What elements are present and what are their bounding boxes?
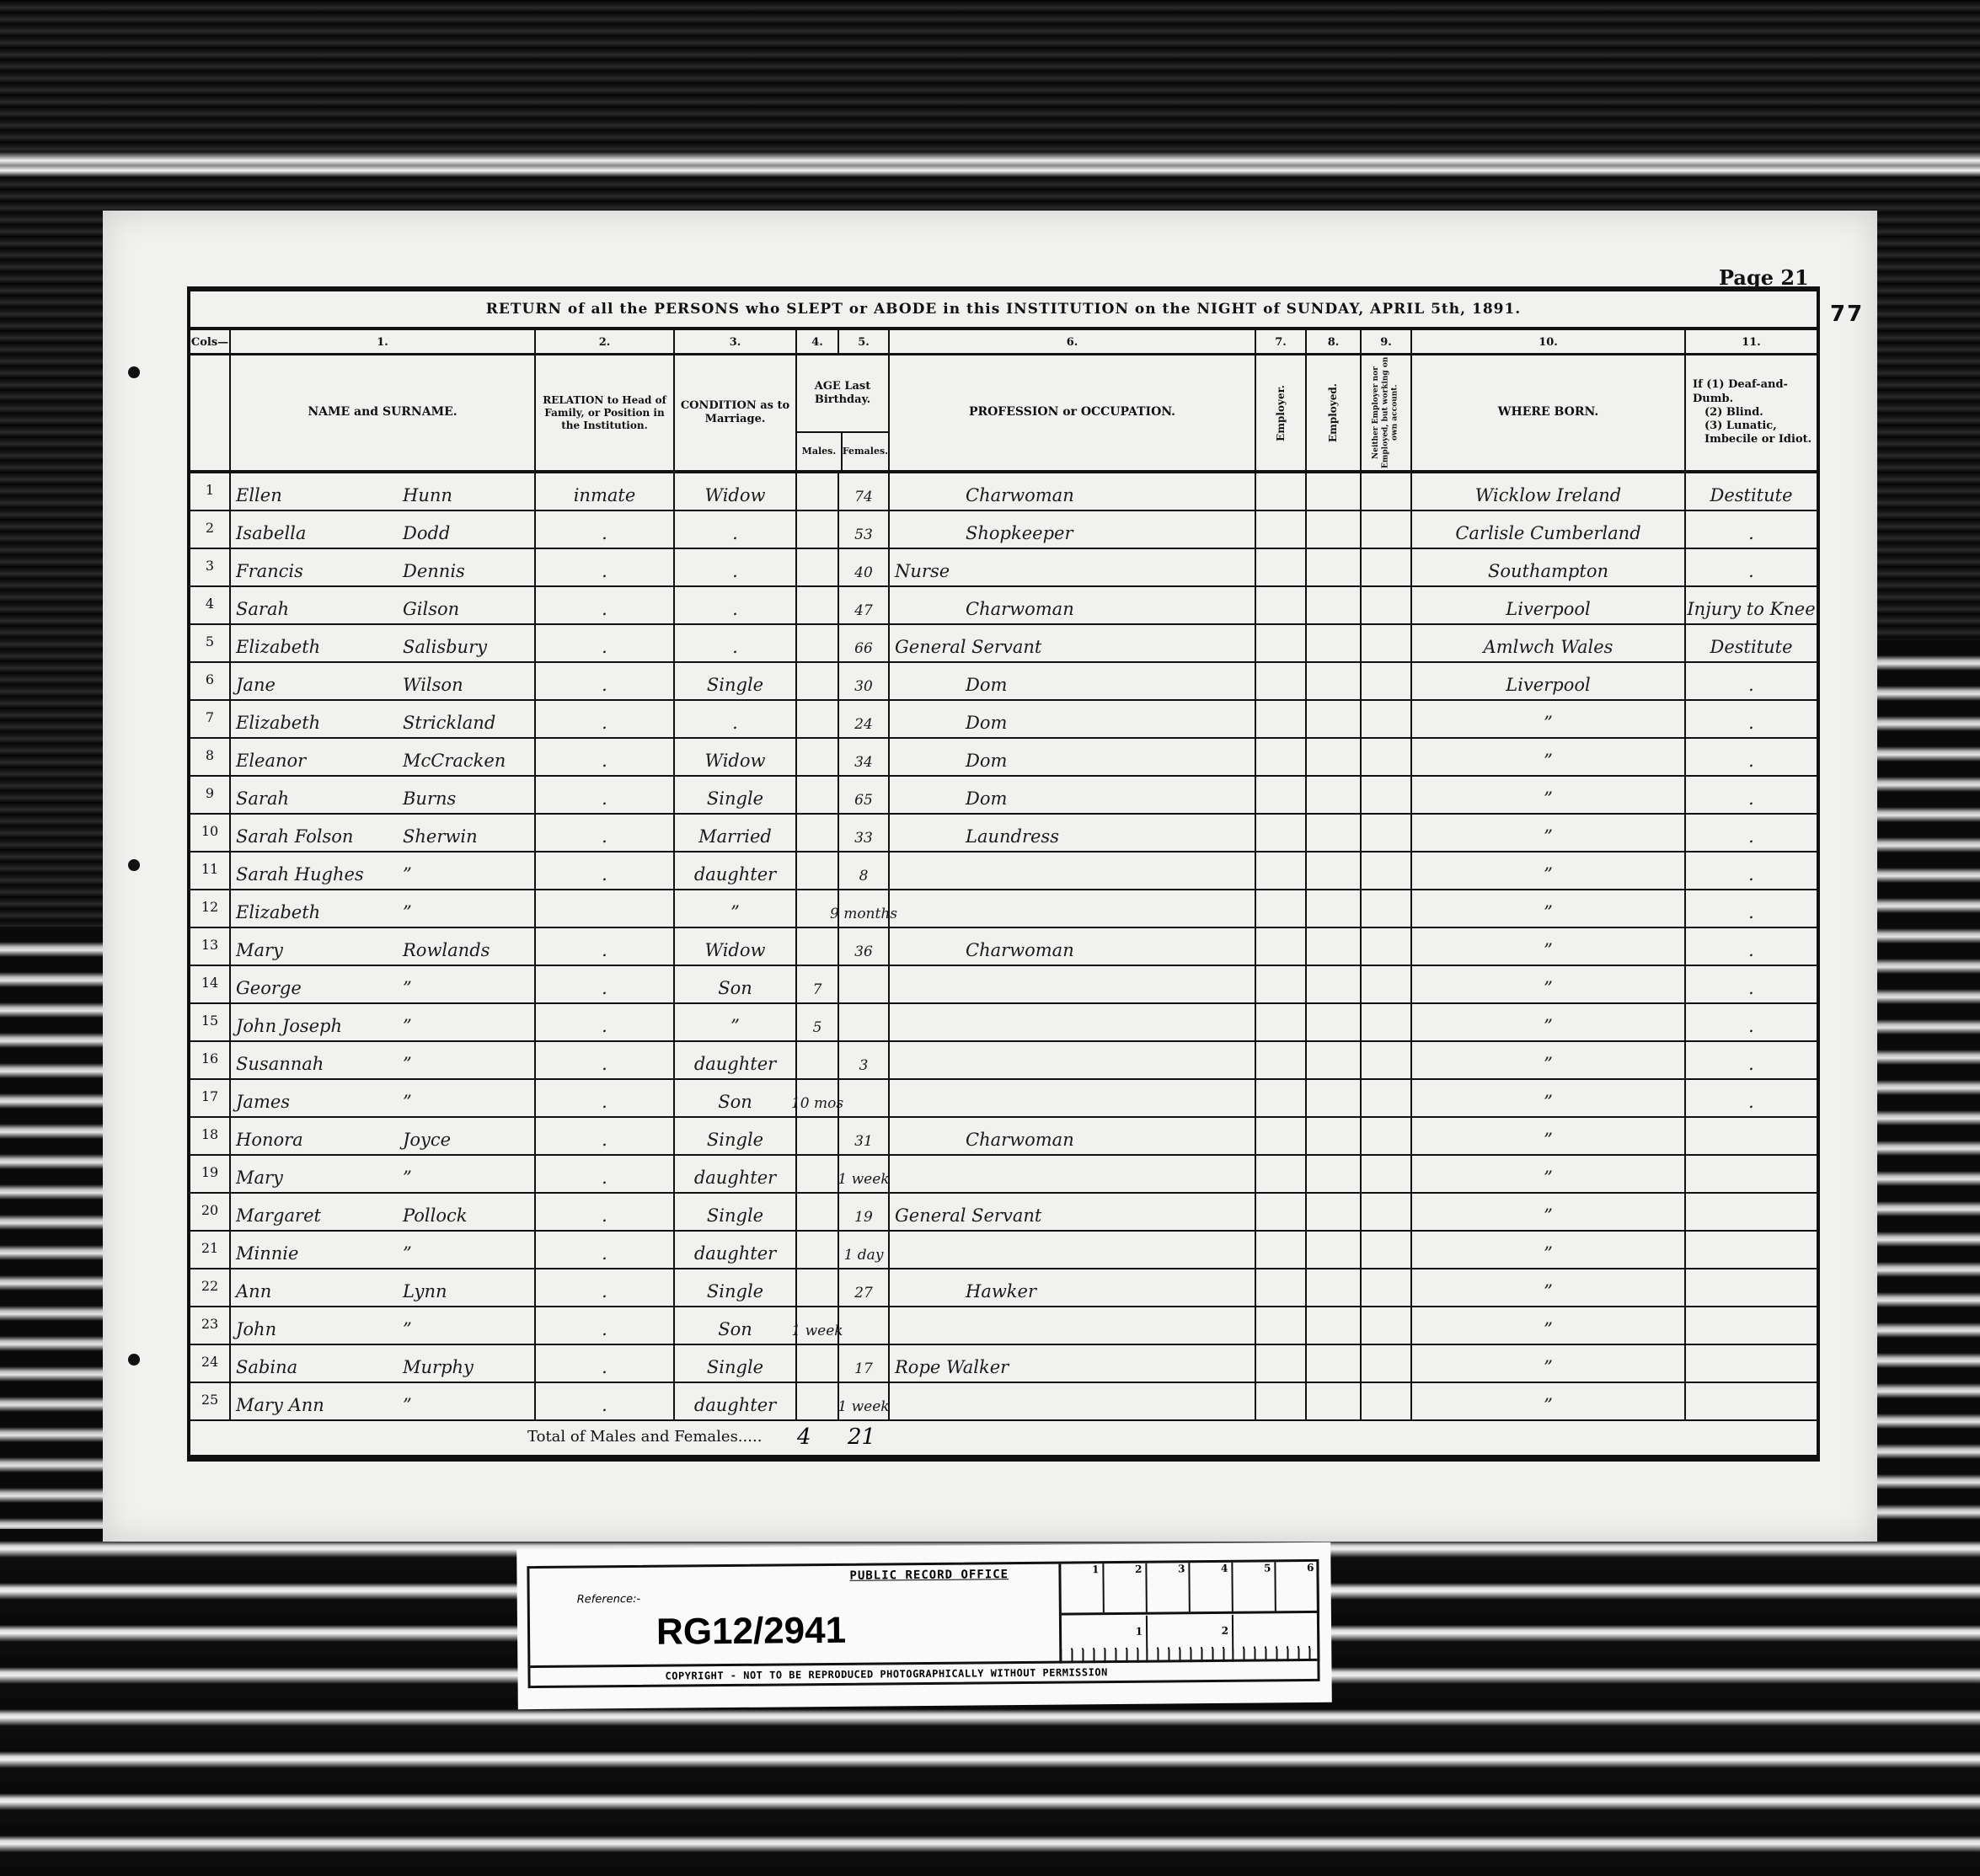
condition: daughter [673,852,795,890]
header-occupation-text: PROFESSION or OCCUPATION. [969,405,1175,420]
surname: ” [398,852,534,890]
row-number: 9 [190,777,229,815]
ruler-tick: 3 [1147,1563,1191,1611]
neither-cell [1360,815,1410,852]
relation: . [534,852,673,890]
header-cols [190,355,229,470]
occupation: General Servant [888,1194,1255,1232]
punch-hole [128,1354,140,1366]
relation: . [534,1042,673,1080]
row-number: 15 [190,1004,229,1042]
condition: Single [673,1269,795,1307]
male-age [795,663,837,701]
relation: . [534,587,673,625]
row-number: 19 [190,1156,229,1194]
first-name: James [229,1080,398,1118]
surname: Burns [398,777,534,815]
first-name: Mary Ann [229,1383,398,1421]
table-row: 9SarahBurns.Single65Dom”. [190,777,1817,815]
header-infirmity-2: (2) Blind. [1693,406,1763,420]
header-relation: RELATION to Head of Family, or Position … [534,355,673,470]
occupation: Charwoman [888,1118,1255,1156]
employer-cell [1255,1232,1305,1269]
row-number: 5 [190,625,229,663]
employer-cell [1255,1383,1305,1421]
male-age [795,739,837,777]
occupation: Dom [888,739,1255,777]
surname: McCracken [398,739,534,777]
employer-cell [1255,890,1305,928]
condition: Married [673,815,795,852]
occupation [888,1042,1255,1080]
female-age: 33 [837,815,888,852]
surname: ” [398,1307,534,1345]
table-row: 2IsabellaDodd..53ShopkeeperCarlisle Cumb… [190,511,1817,549]
first-name: Elizabeth [229,890,398,928]
occupation: General Servant [888,625,1255,663]
neither-cell [1360,739,1410,777]
birthplace: ” [1410,1307,1684,1345]
birthplace: Amlwch Wales [1410,625,1684,663]
female-age [837,1004,888,1042]
infirmity [1684,1194,1817,1232]
colnum-10: 10. [1410,330,1684,355]
header-males: Males. [797,433,841,470]
first-name: Sarah Hughes [229,852,398,890]
first-name: Elizabeth [229,701,398,739]
condition: Single [673,663,795,701]
first-name: Sarah Folson [229,815,398,852]
row-number: 18 [190,1118,229,1156]
birthplace: Carlisle Cumberland [1410,511,1684,549]
neither-cell [1360,966,1410,1004]
relation: . [534,1004,673,1042]
row-number: 12 [190,890,229,928]
male-age [795,1156,837,1194]
surname: Lynn [398,1269,534,1307]
relation: . [534,1269,673,1307]
condition: Single [673,1345,795,1383]
occupation: Dom [888,663,1255,701]
infirmity: . [1684,852,1817,890]
employed-cell [1305,1042,1360,1080]
table-row: 25Mary Ann”.daughter1 week” [190,1383,1817,1421]
header-employed: Employed. [1305,355,1360,470]
header-where-born-text: WHERE BORN. [1498,405,1599,420]
occupation: Rope Walker [888,1345,1255,1383]
neither-cell [1360,473,1410,511]
employed-cell [1305,890,1360,928]
birthplace: ” [1410,777,1684,815]
employed-cell [1305,1194,1360,1232]
header-age-label: AGE Last Birthday. [797,355,888,433]
infirmity: . [1684,966,1817,1004]
neither-cell [1360,625,1410,663]
table-row: 7ElizabethStrickland..24Dom”. [190,701,1817,739]
surname: Joyce [398,1118,534,1156]
header-relation-text: RELATION to Head of Family, or Position … [539,394,670,432]
neither-cell [1360,928,1410,966]
neither-cell [1360,890,1410,928]
female-age [837,1307,888,1345]
table-row: 19Mary”.daughter1 week” [190,1156,1817,1194]
male-age [795,1042,837,1080]
first-name: Elizabeth [229,625,398,663]
row-number: 25 [190,1383,229,1421]
ruler-tick: 2 [1148,1615,1233,1663]
occupation [888,852,1255,890]
neither-cell [1360,1345,1410,1383]
employer-cell [1255,1118,1305,1156]
row-number: 1 [190,473,229,511]
row-number: 14 [190,966,229,1004]
first-name: Honora [229,1118,398,1156]
male-age: 10 mos [795,1080,837,1118]
totals-label: Total of Males and Females..... [527,1428,762,1446]
female-age [837,966,888,1004]
condition: Single [673,1118,795,1156]
header-age: AGE Last Birthday. Males. Females. [795,355,888,470]
colnum-11: 11. [1684,330,1817,355]
relation: . [534,1232,673,1269]
condition: Widow [673,473,795,511]
surname: Dennis [398,549,534,587]
infirmity: . [1684,928,1817,966]
infirmity: . [1684,777,1817,815]
table-row: 4SarahGilson..47CharwomanLiverpoolInjury… [190,587,1817,625]
female-age: 8 [837,852,888,890]
row-number: 4 [190,587,229,625]
row-number: 2 [190,511,229,549]
employed-cell [1305,777,1360,815]
female-age: 40 [837,549,888,587]
surname: ” [398,1232,534,1269]
first-name: Ann [229,1269,398,1307]
employed-cell [1305,1232,1360,1269]
table-row: 11Sarah Hughes”.daughter8”. [190,852,1817,890]
employed-cell [1305,1345,1360,1383]
occupation: Charwoman [888,587,1255,625]
occupation: Charwoman [888,473,1255,511]
neither-cell [1360,701,1410,739]
employer-cell [1255,663,1305,701]
totals-females: 21 [848,1424,875,1450]
row-number: 24 [190,1345,229,1383]
colnum-1: 1. [229,330,534,355]
surname: Sherwin [398,815,534,852]
relation: . [534,1194,673,1232]
ruler-tick: 1 [1062,1616,1148,1664]
row-number: 8 [190,739,229,777]
occupation [888,1156,1255,1194]
condition: Single [673,777,795,815]
ruler-tick [1233,1614,1319,1662]
neither-cell [1360,1118,1410,1156]
female-age: 65 [837,777,888,815]
female-age: 30 [837,663,888,701]
relation: . [534,1345,673,1383]
neither-cell [1360,852,1410,890]
first-name: Mary [229,1156,398,1194]
occupation: Dom [888,701,1255,739]
employer-cell [1255,966,1305,1004]
condition: . [673,511,795,549]
relation: . [534,663,673,701]
employer-cell [1255,1156,1305,1194]
condition: . [673,549,795,587]
neither-cell [1360,1194,1410,1232]
relation: . [534,549,673,587]
birthplace: ” [1410,1232,1684,1269]
reference-label: Reference:- [577,1593,641,1606]
birthplace: Liverpool [1410,663,1684,701]
relation: . [534,928,673,966]
condition: . [673,625,795,663]
relation: . [534,739,673,777]
female-age: 1 week [837,1383,888,1421]
male-age [795,777,837,815]
totals-row: Total of Males and Females..... 4 21 [190,1421,1817,1460]
header-name-text: NAME and SURNAME. [308,405,457,420]
female-age: 36 [837,928,888,966]
female-age: 17 [837,1345,888,1383]
header-occupation: PROFESSION or OCCUPATION. [888,355,1255,470]
condition: Son [673,966,795,1004]
colnum-8: 8. [1305,330,1360,355]
cols-label: Cols— [190,330,229,355]
header-age-subcolumns: Males. Females. [797,433,888,470]
birthplace: ” [1410,1004,1684,1042]
occupation: Charwoman [888,928,1255,966]
infirmity [1684,1118,1817,1156]
female-age: 1 day [837,1232,888,1269]
employer-cell [1255,587,1305,625]
employed-cell [1305,1004,1360,1042]
female-age: 19 [837,1194,888,1232]
male-age [795,928,837,966]
relation: . [534,1080,673,1118]
table-row: 13MaryRowlands.Widow36Charwoman”. [190,928,1817,966]
relation: . [534,1307,673,1345]
ruler-tick: 6 [1276,1562,1319,1611]
employed-cell [1305,701,1360,739]
condition: ” [673,1004,795,1042]
employed-cell [1305,1080,1360,1118]
relation: . [534,1156,673,1194]
header-condition: CONDITION as to Marriage. [673,355,795,470]
birthplace: ” [1410,1080,1684,1118]
first-name: John Joseph [229,1004,398,1042]
relation [534,890,673,928]
relation: . [534,1118,673,1156]
reference-slip-frame: PUBLIC RECORD OFFICE Reference:- RG12/29… [527,1559,1319,1688]
colnum-6: 6. [888,330,1255,355]
female-age: 34 [837,739,888,777]
male-age [795,1269,837,1307]
table-row: 14George”.Son7”. [190,966,1817,1004]
surname: ” [398,1080,534,1118]
employed-cell [1305,966,1360,1004]
header-neither: Neither Employer nor Employed, but worki… [1360,355,1410,470]
surname: ” [398,890,534,928]
header-neither-text: Neither Employer nor Employed, but worki… [1372,355,1400,470]
employed-cell [1305,852,1360,890]
ruler-top-scale: 1 2 3 4 5 6 [1061,1562,1319,1616]
row-number: 6 [190,663,229,701]
table-row: 10Sarah FolsonSherwin.Married33Laundress… [190,815,1817,852]
occupation [888,966,1255,1004]
table-row: 24SabinaMurphy.Single17Rope Walker” [190,1345,1817,1383]
infirmity [1684,1232,1817,1269]
surname: Pollock [398,1194,534,1232]
female-age: 74 [837,473,888,511]
birthplace: ” [1410,1194,1684,1232]
surname: Strickland [398,701,534,739]
male-age [795,701,837,739]
table-row: 15John Joseph”.”5”. [190,1004,1817,1042]
employer-cell [1255,549,1305,587]
female-age [837,1080,888,1118]
first-name: Jane [229,663,398,701]
infirmity: Destitute [1684,473,1817,511]
row-number: 21 [190,1232,229,1269]
infirmity: . [1684,1004,1817,1042]
relation: inmate [534,473,673,511]
condition: Single [673,1194,795,1232]
condition: . [673,587,795,625]
row-number: 7 [190,701,229,739]
neither-cell [1360,549,1410,587]
male-age: 1 week [795,1307,837,1345]
condition: Widow [673,739,795,777]
surname: Rowlands [398,928,534,966]
male-age [795,1232,837,1269]
employed-cell [1305,511,1360,549]
employer-cell [1255,1080,1305,1118]
first-name: Mary [229,928,398,966]
first-name: Francis [229,549,398,587]
census-table: RETURN of all the PERSONS who SLEPT or A… [187,286,1820,1462]
male-age [795,549,837,587]
table-row: 6JaneWilson.Single30DomLiverpool. [190,663,1817,701]
occupation [888,1232,1255,1269]
employed-cell [1305,1307,1360,1345]
female-age: 47 [837,587,888,625]
column-numbers: Cols— 1. 2. 3. 4. 5. 6. 7. 8. 9. 10. 11. [190,330,1817,355]
relation: . [534,625,673,663]
female-age: 24 [837,701,888,739]
header-employer-text: Employer. [1275,385,1287,441]
employed-cell [1305,549,1360,587]
birthplace: Wicklow Ireland [1410,473,1684,511]
scanner-stripes-left [0,927,103,1533]
infirmity: . [1684,663,1817,701]
infirmity: . [1684,549,1817,587]
reference-slip: PUBLIC RECORD OFFICE Reference:- RG12/29… [516,1542,1332,1709]
employer-cell [1255,815,1305,852]
totals-males: 4 [797,1424,811,1450]
header-name: NAME and SURNAME. [229,355,534,470]
header-where-born: WHERE BORN. [1410,355,1684,470]
condition: ” [673,890,795,928]
ruler-bottom-scale: 1 2 [1062,1614,1319,1664]
occupation [888,1383,1255,1421]
scanner-stripes-right [1877,640,1980,1533]
ruler-tick: 5 [1233,1562,1276,1611]
first-name: Eleanor [229,739,398,777]
infirmity: . [1684,511,1817,549]
condition: daughter [673,1156,795,1194]
header-employed-text: Employed. [1327,383,1340,442]
employed-cell [1305,625,1360,663]
table-row: 22AnnLynn.Single27Hawker” [190,1269,1817,1307]
employer-cell [1255,928,1305,966]
first-name: Sarah [229,587,398,625]
row-number: 11 [190,852,229,890]
neither-cell [1360,587,1410,625]
colnum-4: 4. [795,330,837,355]
colnum-2: 2. [534,330,673,355]
relation: . [534,1383,673,1421]
birthplace: Liverpool [1410,587,1684,625]
condition: daughter [673,1383,795,1421]
condition: daughter [673,1232,795,1269]
female-age: 66 [837,625,888,663]
occupation [888,1004,1255,1042]
copyright-notice: COPYRIGHT - NOT TO BE REPRODUCED PHOTOGR… [530,1659,1317,1686]
record-office-label: PUBLIC RECORD OFFICE [849,1568,1009,1583]
male-age [795,511,837,549]
infirmity: . [1684,701,1817,739]
employed-cell [1305,1156,1360,1194]
first-name: Isabella [229,511,398,549]
first-name: Sabina [229,1345,398,1383]
employed-cell [1305,587,1360,625]
birthplace: ” [1410,1345,1684,1383]
surname: Gilson [398,587,534,625]
first-name: George [229,966,398,1004]
birthplace: ” [1410,739,1684,777]
birthplace: ” [1410,966,1684,1004]
header-employer: Employer. [1255,355,1305,470]
employer-cell [1255,1042,1305,1080]
birthplace: ” [1410,1269,1684,1307]
colnum-5: 5. [837,330,888,355]
employed-cell [1305,815,1360,852]
employed-cell [1305,1269,1360,1307]
male-age [795,1345,837,1383]
occupation [888,1307,1255,1345]
occupation [888,1080,1255,1118]
relation: . [534,966,673,1004]
occupation: Shopkeeper [888,511,1255,549]
birthplace: ” [1410,852,1684,890]
first-name: Minnie [229,1232,398,1269]
birthplace: ” [1410,1383,1684,1421]
first-name: Susannah [229,1042,398,1080]
neither-cell [1360,1232,1410,1269]
male-age [795,815,837,852]
column-headers: NAME and SURNAME. RELATION to Head of Fa… [190,355,1817,473]
table-row: 20MargaretPollock.Single19General Servan… [190,1194,1817,1232]
infirmity: . [1684,815,1817,852]
row-number: 17 [190,1080,229,1118]
infirmity: . [1684,739,1817,777]
punch-hole [128,859,140,871]
ruler-tick: 2 [1104,1563,1148,1612]
infirmity: . [1684,1042,1817,1080]
table-row: 18HonoraJoyce.Single31Charwoman” [190,1118,1817,1156]
